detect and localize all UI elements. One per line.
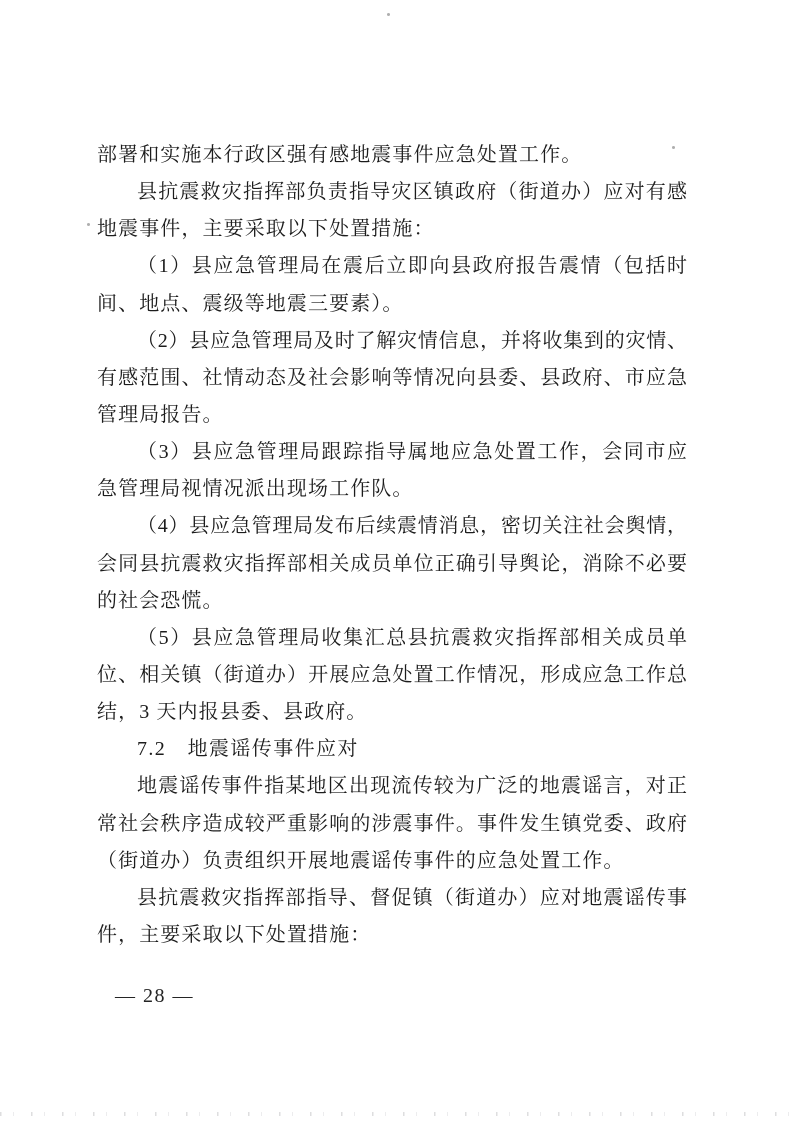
text-line: （4）县应急管理局发布后续震情消息，密切关注社会舆情， bbox=[97, 508, 687, 545]
page-body-text: 部署和实施本行政区强有感地震事件应急处置工作。县抗震救灾指挥部负责指导灾区镇政府… bbox=[97, 137, 687, 954]
text-line: （2）县应急管理局及时了解灾情信息，并将收集到的灾情、 bbox=[97, 323, 687, 360]
text-line: （3）县应急管理局跟踪指导属地应急处置工作，会同市应 bbox=[97, 434, 687, 471]
text-line: （街道办）负责组织开展地震谣传事件的应急处置工作。 bbox=[97, 843, 687, 880]
section-heading: 7.2 地震谣传事件应对 bbox=[97, 731, 687, 768]
text-line: 结，3 天内报县委、县政府。 bbox=[97, 694, 687, 731]
text-line: 件，主要采取以下处置措施： bbox=[97, 917, 687, 954]
text-line: 有感范围、社情动态及社会影响等情况向县委、县政府、市应急 bbox=[97, 360, 687, 397]
text-line: 县抗震救灾指挥部指导、督促镇（街道办）应对地震谣传事 bbox=[97, 880, 687, 917]
text-line: 管理局报告。 bbox=[97, 397, 687, 434]
document-page: 部署和实施本行政区强有感地震事件应急处置工作。县抗震救灾指挥部负责指导灾区镇政府… bbox=[0, 0, 793, 1123]
scan-speck bbox=[672, 146, 675, 149]
text-line: 急管理局视情况派出现场工作队。 bbox=[97, 471, 687, 508]
text-line: （5）县应急管理局收集汇总县抗震救灾指挥部相关成员单 bbox=[97, 620, 687, 657]
text-line: 会同县抗震救灾指挥部相关成员单位正确引导舆论，消除不必要 bbox=[97, 546, 687, 583]
page-number: — 28 — bbox=[115, 983, 194, 1009]
text-line: 部署和实施本行政区强有感地震事件应急处置工作。 bbox=[97, 137, 687, 174]
text-line: 位、相关镇（街道办）开展应急处置工作情况，形成应急工作总 bbox=[97, 657, 687, 694]
text-line: 常社会秩序造成较严重影响的涉震事件。事件发生镇党委、政府 bbox=[97, 806, 687, 843]
scan-speck bbox=[387, 13, 390, 16]
text-line: 地震谣传事件指某地区出现流传较为广泛的地震谣言，对正 bbox=[97, 768, 687, 805]
text-line: （1）县应急管理局在震后立即向县政府报告震情（包括时 bbox=[97, 248, 687, 285]
scan-noise-strip bbox=[0, 1112, 793, 1116]
text-line: 县抗震救灾指挥部负责指导灾区镇政府（街道办）应对有感 bbox=[97, 174, 687, 211]
text-line: 的社会恐慌。 bbox=[97, 583, 687, 620]
text-line: 地震事件，主要采取以下处置措施： bbox=[97, 211, 687, 248]
text-line: 间、地点、震级等地震三要素）。 bbox=[97, 286, 687, 323]
scan-speck bbox=[87, 223, 90, 226]
